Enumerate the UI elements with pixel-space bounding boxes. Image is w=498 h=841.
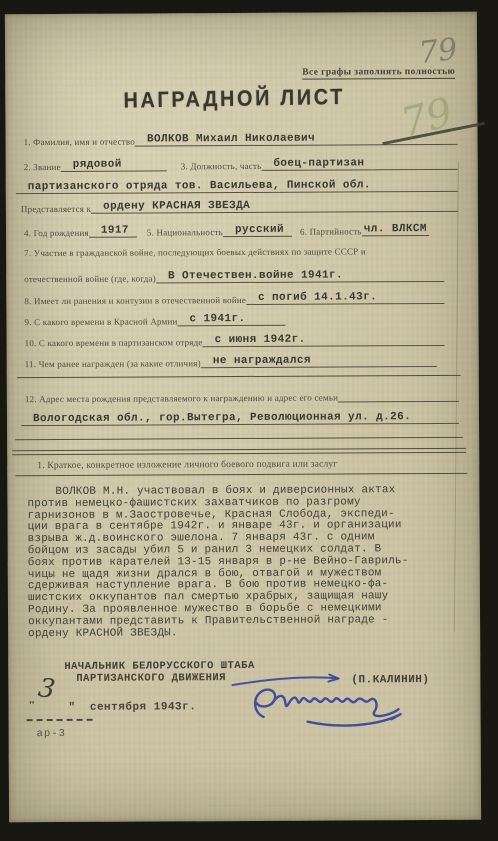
- field-label-party: 6. Партийность: [300, 226, 362, 236]
- field-row-war-participation-1: 7. Участие в гражданской войне, последую…: [24, 246, 458, 258]
- field-label-wounds: 8. Имеет ли ранения и контузии в отечест…: [24, 295, 246, 306]
- field-row-award: Представляется к ордену КРАСНАЯ ЗВЕЗДА: [21, 199, 458, 214]
- field-label-duty: 3. Должность, часть: [181, 161, 262, 171]
- document-title: НАГРАДНОЙ ЛИСТ: [123, 84, 345, 114]
- underline-filler: [372, 169, 457, 170]
- field-value-duty-cont: партизанского отряда тов. Васильева, Пин…: [16, 179, 379, 194]
- date-row: " сентября 1943г.: [68, 701, 196, 714]
- field-value-award: ордену КРАСНАЯ ЗВЕЗДА: [91, 200, 258, 214]
- field-row-address-label: 12. Адрес места рождения представляемого…: [25, 392, 459, 404]
- field-row-war-participation-2: отечественной войне (где, когда) В Отече…: [24, 269, 458, 284]
- fill-instruction-note: Все графы заполнять полностью: [302, 67, 455, 80]
- section2-header: 1. Краткое, конкретное изложение личного…: [37, 460, 337, 472]
- field-value-rank: рядовой: [61, 158, 167, 172]
- underline-filler: [379, 191, 458, 192]
- field-row-partisan-since: 10. С какого времени в партизанском отря…: [25, 333, 459, 348]
- date-text: сентября 1943г.: [90, 701, 197, 714]
- field-row-red-army-since: 9. С какого времени в Красной Армии с 19…: [24, 312, 458, 327]
- field-value-address: Вологодская обл., гор.Вытегра, Революцио…: [21, 411, 419, 426]
- date-close-quote: ": [68, 702, 75, 714]
- underline-filler: [319, 366, 437, 368]
- underline-filler: [314, 345, 445, 347]
- field-value-war-participation: В Отечествен.войне 1941г.: [156, 269, 351, 283]
- page-number-pencil: 79: [417, 32, 459, 71]
- field-label-red-army-since: 9. С какого времени в Красной Армии: [24, 316, 177, 327]
- date-open-quote: ": [28, 698, 35, 713]
- blank-rule: [17, 375, 461, 378]
- field-value-name: ВОЛКОВ Михаил Николаевич: [135, 133, 323, 147]
- field-value-wounds: с погиб 14.1.43г.: [246, 291, 385, 305]
- dashed-rule: [27, 719, 93, 721]
- field-label-rank: 2. Звание: [24, 162, 61, 172]
- blank-rule: [15, 437, 463, 440]
- field-row-wounds: 8. Имеет ли ранения и контузии в отечест…: [24, 291, 458, 306]
- field-row-previous-awards: 11. Чем ранее награжден (за какие отличи…: [25, 354, 459, 369]
- section2-header-row: 1. Краткое, конкретное изложение личного…: [37, 459, 459, 471]
- field-row-name: 1. Фамилия, имя и отчество ВОЛКОВ Михаил…: [24, 132, 458, 147]
- field-value-previous-awards: не награждался: [201, 355, 319, 369]
- underline-filler: [338, 401, 459, 403]
- field-label-partisan-since: 10. С какого времени в партизанском отря…: [25, 337, 203, 348]
- field-label-war-participation: 7. Участие в гражданской войне, последую…: [24, 246, 366, 258]
- field-label-address: 12. Адрес места рождения представляемого…: [25, 393, 338, 405]
- underline-filler: [385, 303, 444, 304]
- field-value-nationality: русский: [223, 224, 292, 237]
- field-row-rank-duty: 2. Звание рядовой 3. Должность, часть бо…: [24, 157, 458, 172]
- separator-rule: [12, 452, 466, 455]
- underline-filler: [258, 211, 458, 213]
- signature: [243, 680, 423, 731]
- field-label-war-where: отечественной войне (где, когда): [24, 273, 156, 284]
- field-value-duty: боец-партизан: [261, 157, 372, 171]
- feat-description: ВОЛКОВ М.Н. участвовал в боях и диверсио…: [27, 485, 456, 641]
- underline-filler: [323, 144, 458, 146]
- field-value-party: чл. ВЛКСМ: [362, 223, 429, 236]
- field-label-previous-awards: 11. Чем ранее награжден (за какие отличи…: [25, 358, 201, 369]
- field-row-address-value: Вологодская обл., гор.Вытегра, Революцио…: [21, 411, 459, 426]
- award-sheet-document: 79 79 Все графы заполнять полностью НАГР…: [5, 12, 481, 822]
- field-value-red-army-since: с 1941г.: [177, 313, 285, 327]
- signer-position-line1: НАЧАЛЬНИК БЕЛОРУССКОГО ШТАБА: [64, 660, 254, 673]
- field-value-partisan-since: с июня 1942г.: [203, 334, 314, 348]
- scan-background: 79 79 Все графы заполнять полностью НАГР…: [0, 0, 498, 841]
- underline-filler: [351, 281, 444, 282]
- separator-rule: [12, 448, 466, 451]
- field-row-birth-nat-party: 4. Год рождения 1917 5. Национальность р…: [24, 223, 458, 238]
- underline-filler: [419, 423, 459, 424]
- separator-rule: [15, 473, 467, 476]
- field-label-name: 1. Фамилия, имя и отчество: [24, 137, 135, 148]
- field-row-duty-cont: партизанского отряда тов. Васильева, Пин…: [16, 179, 458, 194]
- document-code: ар-3: [37, 728, 66, 740]
- signer-position-line2: ПАРТИЗАНСКОГО ДВИЖЕНИЯ: [76, 672, 226, 685]
- handwritten-day: 3: [36, 673, 57, 705]
- field-label-birthyear: 4. Год рождения: [24, 228, 89, 238]
- field-value-birthyear: 1917: [89, 225, 137, 238]
- field-label-award: Представляется к: [21, 204, 91, 214]
- field-label-nationality: 5. Национальность: [147, 227, 223, 237]
